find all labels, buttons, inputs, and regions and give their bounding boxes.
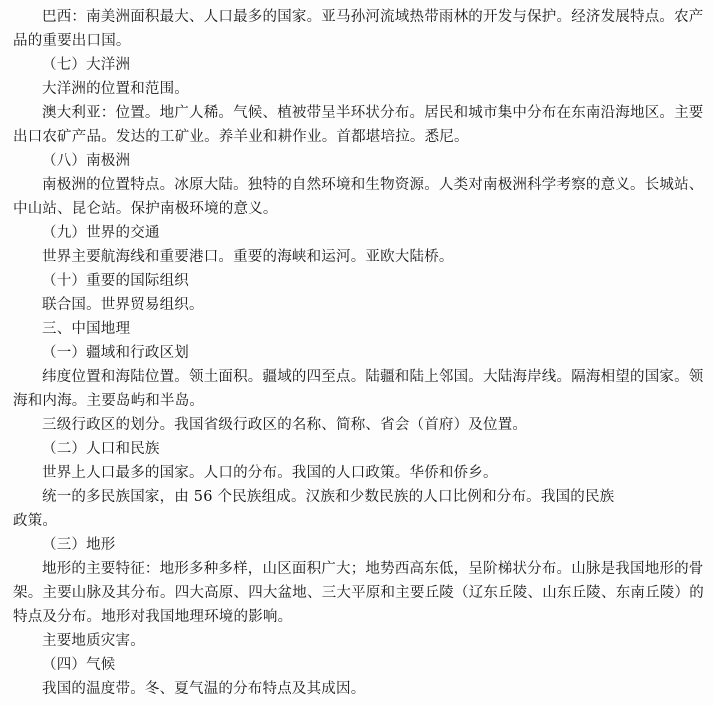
text-line-body: 世界主要航海线和重要港口。重要的海峡和运河。亚欧大陆桥。: [13, 245, 704, 269]
document-body: 巴西：南美洲面积最大、人口最多的国家。亚马孙河流域热带雨林的开发与保护。经济发展…: [0, 0, 714, 701]
text-line-section-heading: （二）人口和民族: [13, 437, 704, 461]
text-line-continuation: 特点及分布。地形对我国地理环境的影响。: [13, 605, 704, 629]
text-line-body: 地形的主要特征：地形多种多样，山区面积广大；地势西高东低，呈阶梯状分布。山脉是我…: [13, 557, 704, 581]
text-line-chapter-heading: 三、中国地理: [13, 317, 704, 341]
text-line-body: 南极洲的位置特点。冰原大陆。独特的自然环境和生物资源。人类对南极洲科学考察的意义…: [13, 173, 704, 197]
text-line-body: 世界上人口最多的国家。人口的分布。我国的人口政策。华侨和侨乡。: [13, 461, 704, 485]
text-line-section-heading: （九）世界的交通: [13, 221, 704, 245]
text-line-section-heading: （三）地形: [13, 533, 704, 557]
text-line-section-heading: （八）南极洲: [13, 149, 704, 173]
text-line-body: 大洋洲的位置和范围。: [13, 77, 704, 101]
text-line-continuation: 品的重要出口国。: [13, 29, 704, 53]
text-line-section-heading: （一）疆域和行政区划: [13, 341, 704, 365]
text-line-continuation: 出口农矿产品。发达的工矿业。养羊业和耕作业。首都堪培拉。悉尼。: [13, 125, 704, 149]
text-line-continuation: 架。主要山脉及其分布。四大高原、四大盆地、三大平原和主要丘陵（辽东丘陵、山东丘陵…: [13, 581, 704, 605]
text-line-continuation: 政策。: [13, 509, 704, 533]
text-line-body: 联合国。世界贸易组织。: [13, 293, 704, 317]
text-line-section-heading: （七）大洋洲: [13, 53, 704, 77]
text-line-section-heading: （十）重要的国际组织: [13, 269, 704, 293]
text-line-body: 巴西：南美洲面积最大、人口最多的国家。亚马孙河流域热带雨林的开发与保护。经济发展…: [13, 5, 704, 29]
text-line-body: 三级行政区的划分。我国省级行政区的名称、简称、省会（首府）及位置。: [13, 413, 704, 437]
text-line-continuation: 中山站、昆仑站。保护南极环境的意义。: [13, 197, 704, 221]
document-page: { "page": { "background_color": "#fdfdfd…: [0, 0, 714, 706]
text-line-section-heading: （四）气候: [13, 653, 704, 677]
text-line-body: 统一的多民族国家，由 56 个民族组成。汉族和少数民族的人口比例和分布。我国的民…: [13, 485, 704, 509]
text-line-body: 主要地质灾害。: [13, 629, 704, 653]
text-line-continuation: 海和内海。主要岛屿和半岛。: [13, 389, 704, 413]
text-line-body: 澳大利亚：位置。地广人稀。气候、植被带呈半环状分布。居民和城市集中分布在东南沿海…: [13, 101, 704, 125]
text-line-body: 纬度位置和海陆位置。领土面积。疆域的四至点。陆疆和陆上邻国。大陆海岸线。隔海相望…: [13, 365, 704, 389]
text-line-body: 我国的温度带。冬、夏气温的分布特点及其成因。: [13, 677, 704, 701]
